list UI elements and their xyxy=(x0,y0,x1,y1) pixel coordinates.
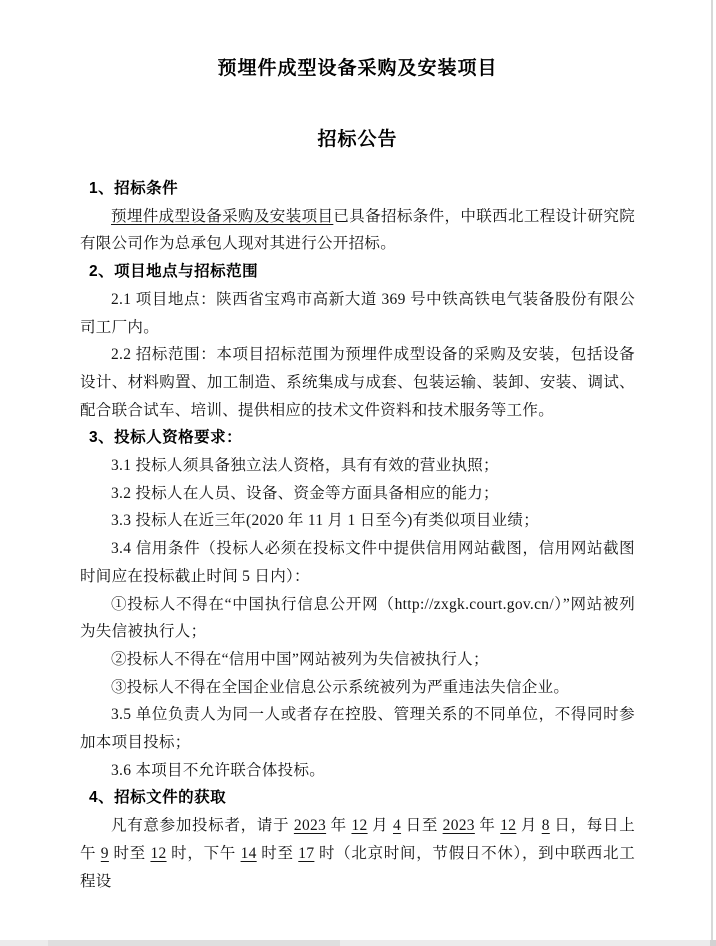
text-segment: ③投标人不得在全国企业信息公示系统被列为严重违法失信企业。 xyxy=(111,679,569,696)
text-segment: 3.6 本项目不允许联合体投标。 xyxy=(111,762,325,779)
text-segment: 17 xyxy=(298,845,314,862)
document-section: 4、招标文件的获取 凡有意参加投标者，请于 2023 年 12 月 4 日至 2… xyxy=(80,784,635,895)
text-segment: ①投标人不得在“中国执行信息公开网（http://zxgk.court.gov.… xyxy=(80,596,635,641)
section-heading: 1、招标条件 xyxy=(80,175,635,203)
scrollbar-corner xyxy=(710,940,716,946)
section-heading: 4、招标文件的获取 xyxy=(80,784,635,812)
paragraph: ①投标人不得在“中国执行信息公开网（http://zxgk.court.gov.… xyxy=(80,591,635,646)
paragraph: 3.2 投标人在人员、设备、资金等方面具备相应的能力； xyxy=(80,480,635,508)
paragraph: ③投标人不得在全国企业信息公示系统被列为严重违法失信企业。 xyxy=(80,674,635,702)
text-segment: 3.2 投标人在人员、设备、资金等方面具备相应的能力； xyxy=(111,485,499,502)
document-section: 1、招标条件 预埋件成型设备采购及安装项目已具备招标条件，中联西北工程设计研究院… xyxy=(80,175,635,258)
text-segment: 9 xyxy=(101,845,109,862)
text-segment: 年 xyxy=(326,817,351,834)
text-segment: ②投标人不得在“信用中国”网站被列为失信被执行人； xyxy=(111,651,489,668)
paragraph: ②投标人不得在“信用中国”网站被列为失信被执行人； xyxy=(80,646,635,674)
paragraph: 预埋件成型设备采购及安装项目已具备招标条件，中联西北工程设计研究院有限公司作为总… xyxy=(80,203,635,258)
document-section: 2、项目地点与招标范围 2.1 项目地点：陕西省宝鸡市高新大道 369 号中铁高… xyxy=(80,258,635,424)
horizontal-scrollbar-track[interactable] xyxy=(0,940,716,946)
text-segment: 12 xyxy=(351,817,367,834)
text-segment: 月 xyxy=(368,817,393,834)
text-segment: 2023 xyxy=(294,817,326,834)
paragraph: 3.3 投标人在近三年(2020 年 11 月 1 日至今)有类似项目业绩； xyxy=(80,507,635,535)
text-segment: 2.2 招标范围：本项目招标范围为预埋件成型设备的采购及安装，包括设备设计、材料… xyxy=(80,346,635,418)
document-body: 1、招标条件 预埋件成型设备采购及安装项目已具备招标条件，中联西北工程设计研究院… xyxy=(80,175,635,895)
text-segment: 4 xyxy=(393,817,401,834)
text-segment: 12 xyxy=(150,845,166,862)
paragraph: 3.4 信用条件（投标人必须在投标文件中提供信用网站截图，信用网站截图时间应在投… xyxy=(80,535,635,590)
text-segment: 预埋件成型设备采购及安装项目 xyxy=(111,208,333,225)
text-segment: 时，下午 xyxy=(167,845,241,862)
paragraph: 3.5 单位负责人为同一人或者存在控股、管理关系的不同单位，不得同时参加本项目投… xyxy=(80,701,635,756)
text-segment: 时至 xyxy=(257,845,299,862)
paragraph: 2.2 招标范围：本项目招标范围为预埋件成型设备的采购及安装，包括设备设计、材料… xyxy=(80,341,635,424)
text-segment: 14 xyxy=(241,845,257,862)
section-heading: 2、项目地点与招标范围 xyxy=(80,258,635,286)
text-segment: 2.1 项目地点：陕西省宝鸡市高新大道 369 号中铁高铁电气装备股份有限公司工… xyxy=(80,291,635,336)
text-segment: 3.3 投标人在近三年(2020 年 11 月 1 日至今)有类似项目业绩； xyxy=(111,512,539,529)
text-segment: 日至 xyxy=(401,817,443,834)
paragraph: 凡有意参加投标者，请于 2023 年 12 月 4 日至 2023 年 12 月… xyxy=(80,812,635,895)
section-heading: 3、投标人资格要求： xyxy=(80,424,635,452)
paragraph: 2.1 项目地点：陕西省宝鸡市高新大道 369 号中铁高铁电气装备股份有限公司工… xyxy=(80,286,635,341)
text-segment: 12 xyxy=(500,817,516,834)
document-subtitle: 招标公告 xyxy=(80,127,635,153)
text-segment: 8 xyxy=(542,817,550,834)
paragraph: 3.6 本项目不允许联合体投标。 xyxy=(80,757,635,785)
paragraph: 3.1 投标人须具备独立法人资格，具有有效的营业执照； xyxy=(80,452,635,480)
text-segment: 2023 xyxy=(443,817,475,834)
text-segment: 3.1 投标人须具备独立法人资格，具有有效的营业执照； xyxy=(111,457,499,474)
text-segment: 凡有意参加投标者，请于 xyxy=(111,817,294,834)
text-segment: 3.4 信用条件（投标人必须在投标文件中提供信用网站截图，信用网站截图时间应在投… xyxy=(80,540,635,585)
document-title: 预埋件成型设备采购及安装项目 xyxy=(80,56,635,82)
text-segment: 时至 xyxy=(109,845,151,862)
text-segment: 年 xyxy=(475,817,500,834)
vertical-scrollbar-track[interactable] xyxy=(711,0,713,940)
text-segment: 月 xyxy=(516,817,541,834)
document-section: 3、投标人资格要求： 3.1 投标人须具备独立法人资格，具有有效的营业执照；3.… xyxy=(80,424,635,784)
document-page: 预埋件成型设备采购及安装项目 招标公告 1、招标条件 预埋件成型设备采购及安装项… xyxy=(0,0,716,940)
text-segment: 3.5 单位负责人为同一人或者存在控股、管理关系的不同单位，不得同时参加本项目投… xyxy=(80,706,635,751)
horizontal-scrollbar-thumb[interactable] xyxy=(48,940,340,946)
